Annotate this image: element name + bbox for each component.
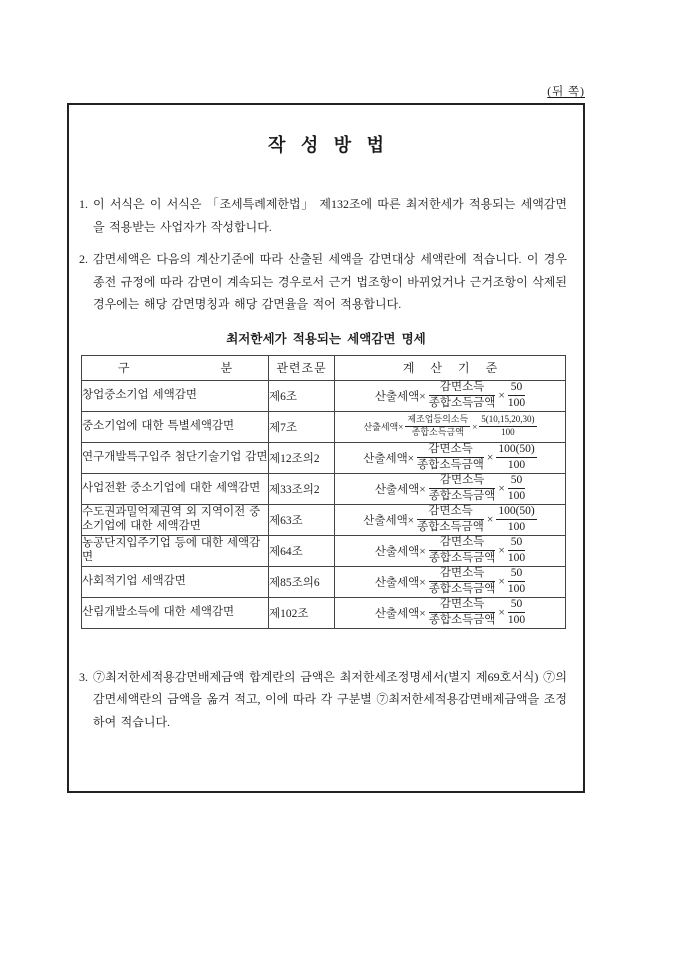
- times-sign: ×: [498, 607, 505, 619]
- formula-cell: 산출세액× 감면소득종합소득금액 × 50100: [335, 473, 566, 504]
- formula-cell: 산출세액× 제조업등의소득종합소득금액 × 5(10,15,20,30)100: [335, 411, 566, 442]
- table-title: 최저한세가 적용되는 세액감면 명세: [69, 329, 583, 347]
- times-sign: ×: [498, 483, 505, 495]
- instruction-paragraph-1: 1. 이 서식은 이 서식은 「조세특례제한법」 제132조에 따른 최저한세가…: [79, 193, 567, 238]
- category-cell: 창업중소기업 세액감면: [82, 380, 269, 411]
- formula-prefix: 산출세액×: [375, 605, 426, 621]
- income-fraction: 제조업등의소득종합소득금액: [405, 415, 470, 438]
- article-cell: 제7조: [269, 411, 335, 442]
- formula-cell: 산출세액× 감면소득종합소득금액 × 50100: [335, 597, 566, 628]
- income-fraction: 감면소득종합소득금액: [429, 474, 496, 502]
- formula-cell: 산출세액× 감면소득종합소득금액 × 100(50)100: [335, 504, 566, 535]
- table-row: 사업전환 중소기업에 대한 세액감면 제33조의2 산출세액× 감면소득종합소득…: [82, 473, 566, 504]
- formula-cell: 산출세액× 감면소득종합소득금액 × 50100: [335, 380, 566, 411]
- rate-fraction: 100(50)100: [496, 443, 536, 471]
- tax-reduction-table: 구 분 관련조문 계 산 기 준 창업중소기업 세액감면 제6조 산출세액× 감…: [81, 355, 566, 629]
- header-article: 관련조문: [269, 355, 335, 380]
- paragraph-number: 3.: [79, 666, 93, 734]
- instruction-paragraph-3: 3. ⑦최저한세적용감면배제금액 합계란의 금액은 최저한세조정명세서(별지 제…: [79, 666, 567, 734]
- table-row: 농공단지입주기업 등에 대한 세액감면 제64조 산출세액× 감면소득종합소득금…: [82, 535, 566, 566]
- rate-fraction: 50100: [508, 536, 525, 564]
- formula-cell: 산출세액× 감면소득종합소득금액 × 100(50)100: [335, 442, 566, 473]
- income-fraction: 감면소득종합소득금액: [429, 381, 496, 409]
- article-cell: 제85조의6: [269, 566, 335, 597]
- formula-prefix: 산출세액×: [363, 420, 403, 433]
- header-category: 구 분: [82, 355, 269, 380]
- table-row: 산림개발소득에 대한 세액감면 제102조 산출세액× 감면소득종합소득금액 ×…: [82, 597, 566, 628]
- table-row: 수도권과밀억제권역 외 지역이전 중소기업에 대한 세액감면 제63조 산출세액…: [82, 504, 566, 535]
- rate-fraction: 50100: [508, 598, 525, 626]
- document-border-box: 작 성 방 법 1. 이 서식은 이 서식은 「조세특례제한법」 제132조에 …: [67, 103, 585, 793]
- article-cell: 제12조의2: [269, 442, 335, 473]
- formula-prefix: 산출세액×: [375, 574, 426, 590]
- category-cell: 산림개발소득에 대한 세액감면: [82, 597, 269, 628]
- income-fraction: 감면소득종합소득금액: [417, 505, 484, 533]
- paragraph-number: 1.: [79, 193, 93, 238]
- times-sign: ×: [498, 545, 505, 557]
- formula-prefix: 산출세액×: [375, 388, 426, 404]
- category-cell: 중소기업에 대한 특별세액감면: [82, 411, 269, 442]
- times-sign: ×: [498, 390, 505, 402]
- table-header-row: 구 분 관련조문 계 산 기 준: [82, 355, 566, 380]
- rate-fraction: 5(10,15,20,30)100: [479, 415, 536, 438]
- times-sign: ×: [487, 452, 494, 464]
- category-cell: 사업전환 중소기업에 대한 세액감면: [82, 473, 269, 504]
- back-side-note: (뒤 쪽): [547, 83, 585, 99]
- paragraph-text: 이 서식은 이 서식은 「조세특례제한법」 제132조에 따른 최저한세가 적용…: [93, 193, 567, 238]
- paragraph-number: 2.: [79, 248, 93, 316]
- category-cell: 사회적기업 세액감면: [82, 566, 269, 597]
- formula-prefix: 산출세액×: [375, 481, 426, 497]
- article-cell: 제6조: [269, 380, 335, 411]
- income-fraction: 감면소득종합소득금액: [417, 443, 484, 471]
- article-cell: 제64조: [269, 535, 335, 566]
- formula-prefix: 산출세액×: [363, 450, 414, 466]
- category-cell: 연구개발특구입주 첨단기술기업 감면: [82, 442, 269, 473]
- paragraph-text: 감면세액은 다음의 계산기준에 따라 산출된 세액을 감면대상 세액란에 적습니…: [93, 248, 567, 316]
- category-cell: 수도권과밀억제권역 외 지역이전 중소기업에 대한 세액감면: [82, 504, 269, 535]
- formula-cell: 산출세액× 감면소득종합소득금액 × 50100: [335, 566, 566, 597]
- formula-prefix: 산출세액×: [363, 512, 414, 528]
- times-sign: ×: [487, 514, 494, 526]
- table-row: 중소기업에 대한 특별세액감면 제7조 산출세액× 제조업등의소득종합소득금액 …: [82, 411, 566, 442]
- rate-fraction: 100(50)100: [496, 505, 536, 533]
- income-fraction: 감면소득종합소득금액: [429, 536, 496, 564]
- table-row: 창업중소기업 세액감면 제6조 산출세액× 감면소득종합소득금액 × 50100: [82, 380, 566, 411]
- header-calculation-basis: 계 산 기 준: [335, 355, 566, 380]
- income-fraction: 감면소득종합소득금액: [429, 598, 496, 626]
- formula-prefix: 산출세액×: [375, 543, 426, 559]
- article-cell: 제63조: [269, 504, 335, 535]
- instruction-paragraph-2: 2. 감면세액은 다음의 계산기준에 따라 산출된 세액을 감면대상 세액란에 …: [79, 248, 567, 316]
- rate-fraction: 50100: [508, 381, 525, 409]
- income-fraction: 감면소득종합소득금액: [429, 567, 496, 595]
- category-cell: 농공단지입주기업 등에 대한 세액감면: [82, 535, 269, 566]
- times-sign: ×: [498, 576, 505, 588]
- page-title: 작 성 방 법: [69, 131, 583, 157]
- table-row: 연구개발특구입주 첨단기술기업 감면 제12조의2 산출세액× 감면소득종합소득…: [82, 442, 566, 473]
- rate-fraction: 50100: [508, 567, 525, 595]
- times-sign: ×: [472, 422, 477, 432]
- document-page: (뒤 쪽) 작 성 방 법 1. 이 서식은 이 서식은 「조세특례제한법」 제…: [0, 0, 680, 962]
- table-row: 사회적기업 세액감면 제85조의6 산출세액× 감면소득종합소득금액 × 501…: [82, 566, 566, 597]
- rate-fraction: 50100: [508, 474, 525, 502]
- article-cell: 제33조의2: [269, 473, 335, 504]
- article-cell: 제102조: [269, 597, 335, 628]
- formula-cell: 산출세액× 감면소득종합소득금액 × 50100: [335, 535, 566, 566]
- paragraph-text: ⑦최저한세적용감면배제금액 합계란의 금액은 최저한세조정명세서(별지 제69호…: [93, 666, 567, 734]
